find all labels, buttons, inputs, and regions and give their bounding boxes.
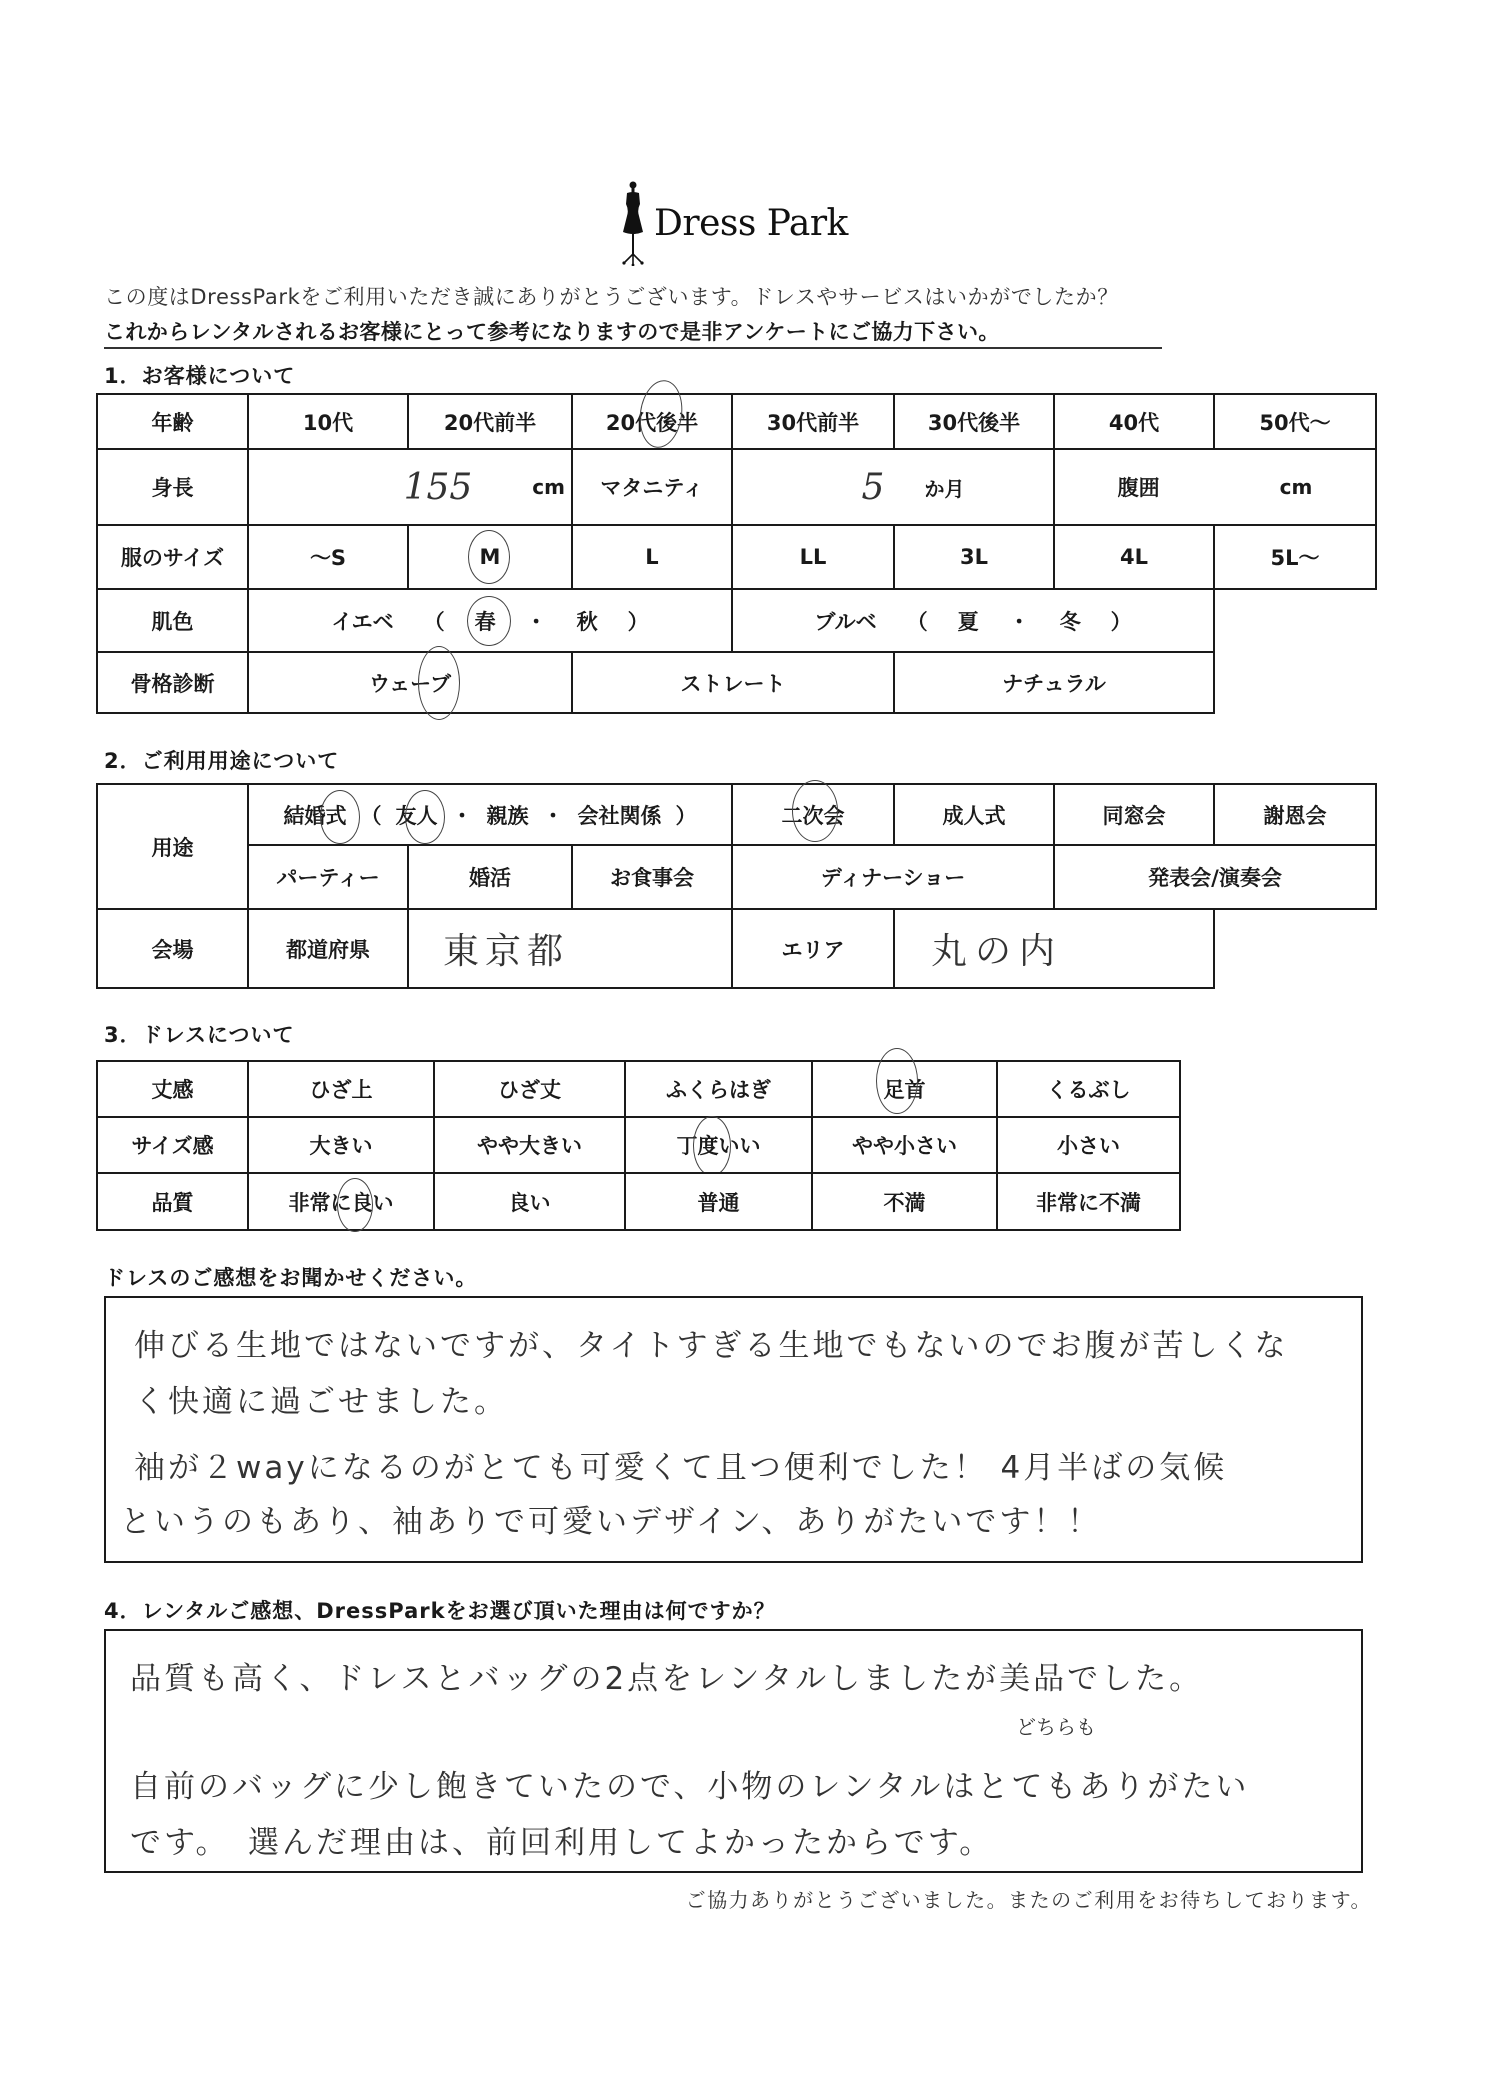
section3-title: 3．ドレスについて bbox=[104, 1019, 295, 1049]
insert-note: どちらも bbox=[1016, 1711, 1096, 1740]
size-option-m[interactable]: M bbox=[407, 524, 573, 590]
size-feel-option-just-right[interactable]: 丁度いい bbox=[624, 1116, 813, 1174]
maternity-unit: か月 bbox=[924, 473, 964, 502]
maternity-value: 5 bbox=[862, 467, 885, 508]
separator-dot: ・ bbox=[526, 606, 547, 636]
purpose-option-afterparty[interactable]: 二次会 bbox=[731, 783, 895, 846]
size-option-s[interactable]: ～S bbox=[247, 524, 409, 590]
purpose-wedding-field[interactable]: 結婚式 （ 友人 ・ 親族 ・ 会社関係 ） bbox=[247, 783, 733, 846]
skin-yellow-base: イエベ bbox=[331, 606, 393, 636]
age-label: 年齢 bbox=[96, 393, 249, 450]
paren-open: （ bbox=[361, 800, 382, 830]
comment-line: く快適に過ごせました。 bbox=[134, 1376, 508, 1421]
purpose-option-konkatsu[interactable]: 婚活 bbox=[407, 844, 573, 910]
size-option-3l[interactable]: 3L bbox=[893, 524, 1055, 590]
skin-option-summer[interactable]: 夏 bbox=[958, 606, 979, 636]
skin-option-autumn[interactable]: 秋 bbox=[577, 606, 598, 636]
quality-option-dissatisfied[interactable]: 不満 bbox=[811, 1172, 998, 1231]
separator-dot: ・ bbox=[1009, 606, 1030, 636]
age-option-late-20s[interactable]: 20代後半 bbox=[571, 393, 733, 450]
body-type-label: 骨格診断 bbox=[96, 651, 249, 714]
paren-open: （ bbox=[424, 606, 445, 636]
maternity-field[interactable]: 5 か月 bbox=[731, 448, 1055, 526]
length-option-ankle[interactable]: 足首 bbox=[811, 1060, 998, 1118]
age-option-50s-plus[interactable]: 50代～ bbox=[1213, 393, 1377, 450]
purpose-option-party[interactable]: パーティー bbox=[247, 844, 409, 910]
size-feel-label: サイズ感 bbox=[96, 1116, 249, 1174]
purpose-option-thank-you-party[interactable]: 謝恩会 bbox=[1213, 783, 1377, 846]
size-label: 服のサイズ bbox=[96, 524, 249, 590]
skin-label: 肌色 bbox=[96, 588, 249, 653]
skin-blue-base-field[interactable]: ブルベ （ 夏 ・ 冬 ） bbox=[731, 588, 1215, 653]
comment-line: 伸びる生地ではないですが、タイトすぎる生地でもないのでお腹が苦しくな bbox=[134, 1320, 1288, 1365]
section4-title: 4．レンタルご感想、DressParkをお選び頂いた理由は何ですか？ bbox=[104, 1595, 776, 1625]
age-option-early-20s[interactable]: 20代前半 bbox=[407, 393, 573, 450]
age-option-40s[interactable]: 40代 bbox=[1053, 393, 1215, 450]
prefecture-field[interactable]: 東京都 bbox=[407, 908, 733, 989]
venue-label: 会場 bbox=[96, 908, 249, 989]
area-value: 丸の内 bbox=[931, 923, 1063, 974]
intro-request: これからレンタルされるお客様にとって参考になりますので是非アンケートにご協力下さ… bbox=[104, 316, 1162, 349]
length-option-above-knee[interactable]: ひざ上 bbox=[247, 1060, 435, 1118]
intro-text: この度はDressParkをご利用いただき誠にありがとうございます。ドレスやサー… bbox=[104, 281, 1119, 311]
purpose-option-dinner[interactable]: お食事会 bbox=[571, 844, 733, 910]
height-label: 身長 bbox=[96, 448, 249, 526]
purpose-option-dinner-show[interactable]: ディナーショー bbox=[731, 844, 1055, 910]
age-option-late-30s[interactable]: 30代後半 bbox=[893, 393, 1055, 450]
body-type-option-wave[interactable]: ウェーブ bbox=[247, 651, 573, 714]
dress-comment-label: ドレスのご感想をお聞かせください。 bbox=[104, 1262, 477, 1292]
dress-mannequin-icon bbox=[620, 180, 646, 266]
waist-label: 腹囲 bbox=[1118, 472, 1160, 502]
skin-option-winter[interactable]: 冬 bbox=[1060, 606, 1081, 636]
quality-option-good[interactable]: 良い bbox=[433, 1172, 626, 1231]
comment-line: 品質も高く、ドレスとバッグの2点をレンタルしましたが美品でした。 bbox=[130, 1653, 1203, 1698]
purpose-option-coming-of-age[interactable]: 成人式 bbox=[893, 783, 1055, 846]
prefecture-label: 都道府県 bbox=[247, 908, 409, 989]
height-unit: cm bbox=[532, 475, 565, 499]
footer-thanks: ご協力ありがとうございました。またのご利用をお待ちしております。 bbox=[686, 1884, 1372, 1913]
paren-close: ） bbox=[676, 800, 697, 830]
brand-logo: Dress Park bbox=[620, 180, 848, 266]
skin-blue-base: ブルベ bbox=[814, 606, 876, 636]
separator-dot: ・ bbox=[452, 800, 473, 830]
quality-option-very-good[interactable]: 非常に良い bbox=[247, 1172, 435, 1231]
length-option-below-ankle[interactable]: くるぶし bbox=[996, 1060, 1181, 1118]
area-label: エリア bbox=[731, 908, 895, 989]
purpose-option-wedding[interactable]: 結婚式 bbox=[284, 800, 347, 830]
skin-yellow-base-field[interactable]: イエベ （ 春 ・ 秋 ） bbox=[247, 588, 733, 653]
size-feel-option-small[interactable]: 小さい bbox=[996, 1116, 1181, 1174]
quality-option-very-dissatisfied[interactable]: 非常に不満 bbox=[996, 1172, 1181, 1231]
age-option-early-30s[interactable]: 30代前半 bbox=[731, 393, 895, 450]
body-type-option-natural[interactable]: ナチュラル bbox=[893, 651, 1215, 714]
comment-line: 袖が２wayになるのがとても可愛くて且つ便利でした！ 4月半ばの気候 bbox=[134, 1442, 1227, 1487]
quality-option-average[interactable]: 普通 bbox=[624, 1172, 813, 1231]
size-feel-option-slightly-small[interactable]: やや小さい bbox=[811, 1116, 998, 1174]
length-option-calf[interactable]: ふくらはぎ bbox=[624, 1060, 813, 1118]
size-feel-option-large[interactable]: 大きい bbox=[247, 1116, 435, 1174]
purpose-option-reunion[interactable]: 同窓会 bbox=[1053, 783, 1215, 846]
waist-field[interactable]: 腹囲 cm bbox=[1053, 448, 1377, 526]
skin-option-spring[interactable]: 春 bbox=[475, 606, 496, 636]
wedding-option-company[interactable]: 会社関係 bbox=[578, 800, 662, 830]
quality-label: 品質 bbox=[96, 1172, 249, 1231]
size-option-ll[interactable]: LL bbox=[731, 524, 895, 590]
comment-line: です。 選んだ理由は、前回利用してよかったからです。 bbox=[130, 1817, 993, 1862]
wedding-option-relative[interactable]: 親族 bbox=[487, 800, 529, 830]
paren-close: ） bbox=[1111, 606, 1132, 636]
area-field[interactable]: 丸の内 bbox=[893, 908, 1215, 989]
length-option-knee[interactable]: ひざ丈 bbox=[433, 1060, 626, 1118]
wedding-option-friend[interactable]: 友人 bbox=[396, 800, 438, 830]
paren-open: （ bbox=[907, 606, 928, 636]
size-option-4l[interactable]: 4L bbox=[1053, 524, 1215, 590]
dress-comment-box[interactable]: 伸びる生地ではないですが、タイトすぎる生地でもないのでお腹が苦しくな く快適に過… bbox=[104, 1296, 1363, 1563]
paren-close: ） bbox=[628, 606, 649, 636]
length-label: 丈感 bbox=[96, 1060, 249, 1118]
rental-comment-box[interactable]: 品質も高く、ドレスとバッグの2点をレンタルしましたが美品でした。 どちらも 自前… bbox=[104, 1629, 1363, 1873]
section2-title: 2．ご利用用途について bbox=[104, 745, 339, 775]
size-option-5l-plus[interactable]: 5L～ bbox=[1213, 524, 1377, 590]
age-option-10s[interactable]: 10代 bbox=[247, 393, 409, 450]
brand-name: Dress Park bbox=[654, 203, 848, 244]
waist-unit: cm bbox=[1280, 475, 1313, 499]
body-type-option-straight[interactable]: ストレート bbox=[571, 651, 895, 714]
purpose-label: 用途 bbox=[96, 783, 249, 910]
height-field[interactable]: 155 cm bbox=[247, 448, 573, 526]
prefecture-value: 東京都 bbox=[443, 923, 569, 974]
comment-line: 自前のバッグに少し飽きていたので、小物のレンタルはとてもありがたい bbox=[130, 1761, 1249, 1806]
height-value: 155 bbox=[404, 467, 473, 508]
purpose-option-recital[interactable]: 発表会/演奏会 bbox=[1053, 844, 1377, 910]
separator-dot: ・ bbox=[543, 800, 564, 830]
maternity-label: マタニティ bbox=[571, 448, 733, 526]
comment-line: というのもあり、袖ありで可愛いデザイン、ありがたいです！！ bbox=[120, 1496, 1101, 1541]
size-option-l[interactable]: L bbox=[571, 524, 733, 590]
size-feel-option-slightly-large[interactable]: やや大きい bbox=[433, 1116, 626, 1174]
section1-title: 1．お客様について bbox=[104, 360, 295, 390]
